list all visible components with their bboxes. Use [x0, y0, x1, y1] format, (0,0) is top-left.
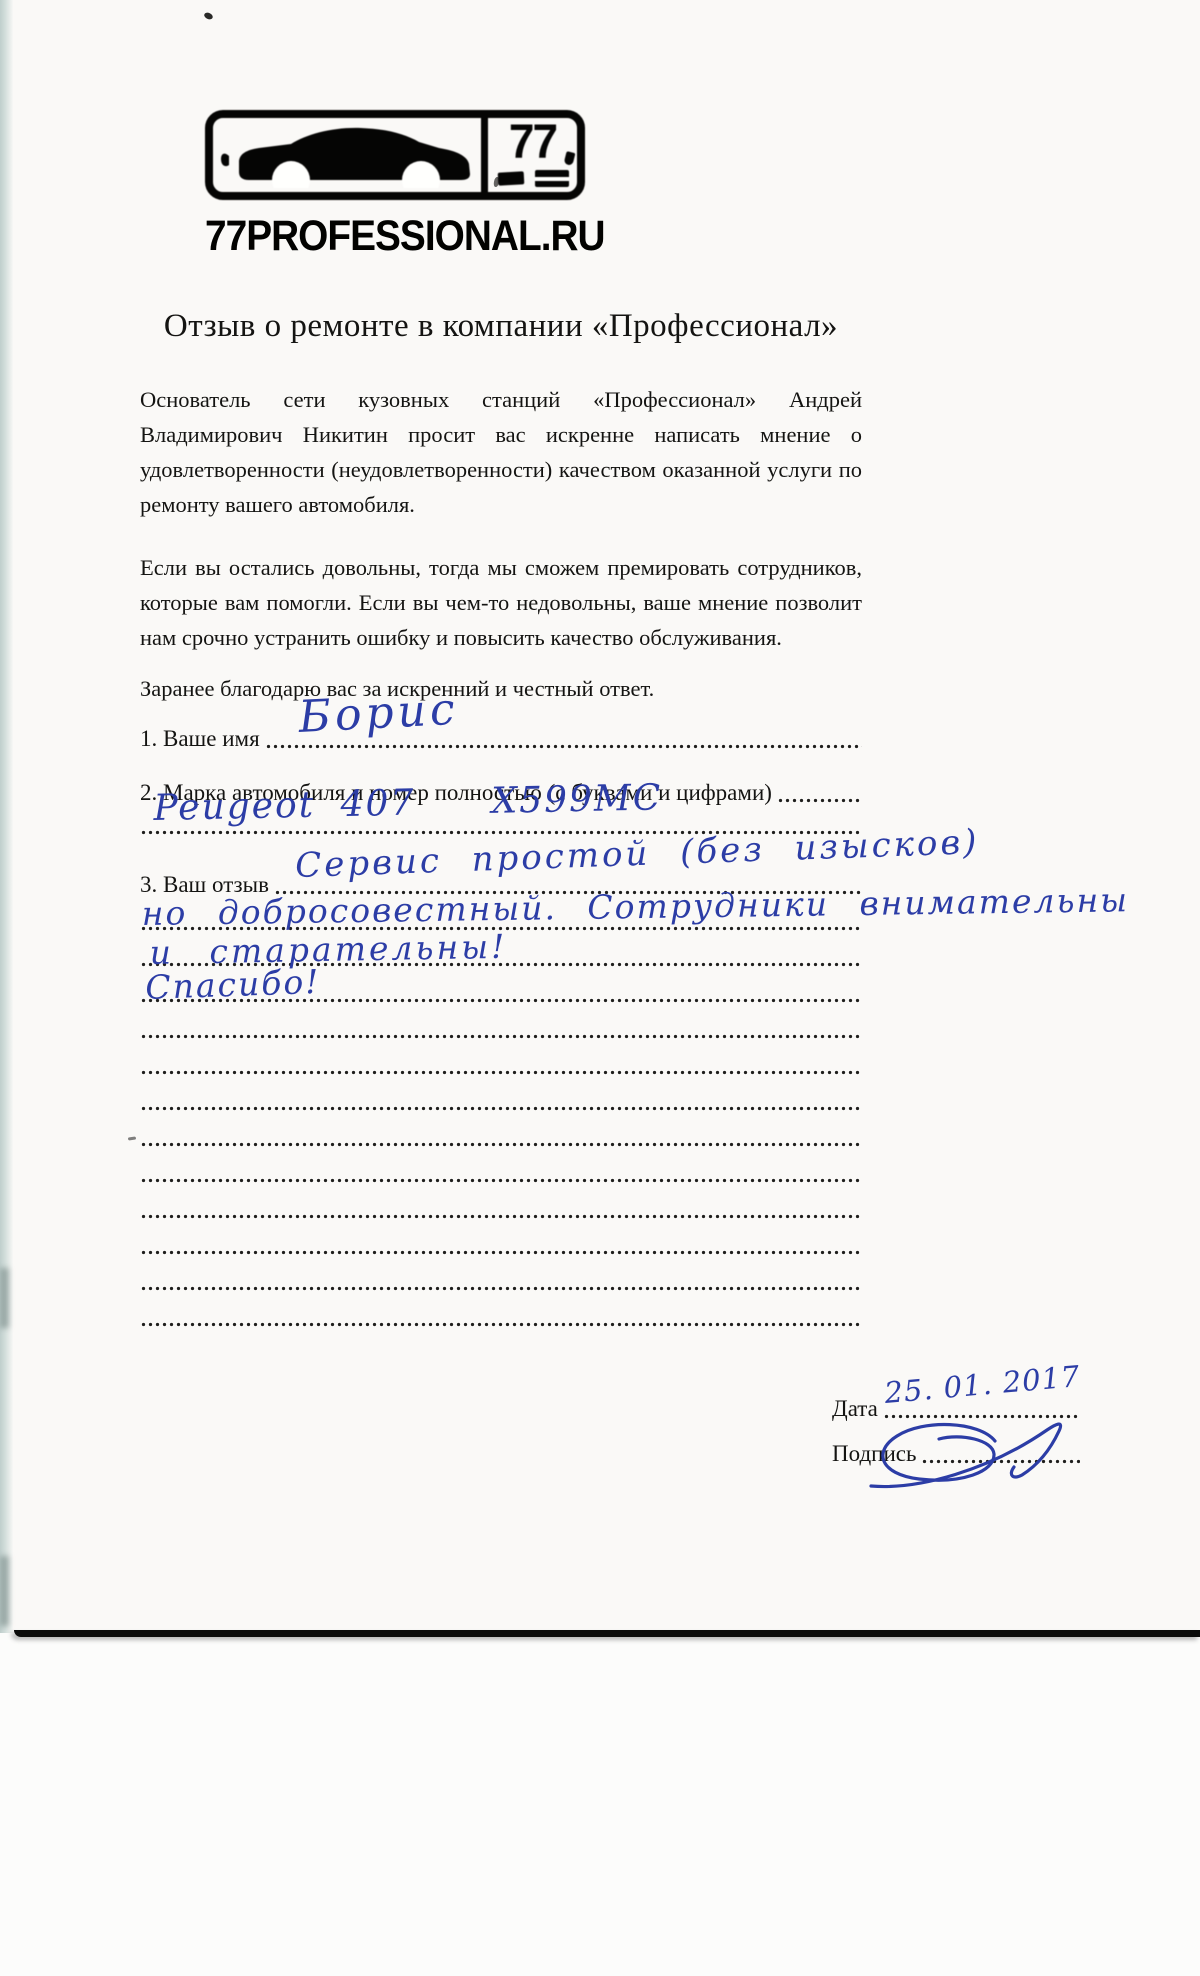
plate-region: 77 — [488, 118, 577, 192]
page-title: Отзыв о ремонте в компании «Профессионал… — [140, 308, 862, 345]
paper-sheet: 77 77PROFESSIONAL.RU Отзыв о ремонте в к… — [0, 0, 1200, 1633]
dotted-leader — [777, 798, 862, 803]
review-blank-line — [140, 1012, 862, 1042]
company-logo: 77 77PROFESSIONAL.RU — [205, 110, 585, 258]
review-blank-line — [140, 1264, 862, 1294]
review-blank-line — [140, 1048, 862, 1078]
review-blank-line — [140, 1156, 862, 1186]
thanks-paragraph: Заранее благодарю вас за искренний и чес… — [140, 671, 862, 706]
handwritten-review-line: Спасибо! — [145, 962, 321, 1007]
car-silhouette-icon — [215, 122, 477, 188]
handwritten-name: Борис — [297, 684, 459, 743]
review-blank-line — [140, 1228, 862, 1258]
region-code: 77 — [488, 118, 577, 164]
bonus-paragraph: Если вы остались довольны, тогда мы смож… — [140, 550, 862, 655]
field-name-label: 1. Ваше имя — [140, 726, 265, 752]
scan-smudge — [0, 1556, 9, 1626]
review-blank-line — [140, 1120, 862, 1150]
signature-scribble — [855, 1406, 1100, 1501]
review-blank-line — [140, 1192, 862, 1222]
rus-flag-mark — [496, 169, 571, 187]
scan-speck — [128, 1136, 136, 1140]
scan-smudge — [0, 1268, 9, 1328]
dotted-leader — [265, 744, 862, 749]
scan-edge-strip — [0, 0, 13, 1633]
review-blank-line — [140, 1300, 862, 1330]
scan-speck — [203, 11, 214, 20]
logo-site-text: 77PROFESSIONAL.RU — [205, 213, 574, 261]
intro-paragraph: Основатель сети кузовных станций «Профес… — [140, 382, 862, 522]
license-plate-frame: 77 — [205, 110, 585, 200]
plate-divider — [481, 116, 488, 194]
page-bottom-edge — [14, 1630, 1200, 1637]
review-blank-line — [140, 1084, 862, 1114]
scanned-document: 77 77PROFESSIONAL.RU Отзыв о ремонте в к… — [0, 0, 1200, 1976]
field-name-row: 1. Ваше имя — [140, 722, 862, 752]
